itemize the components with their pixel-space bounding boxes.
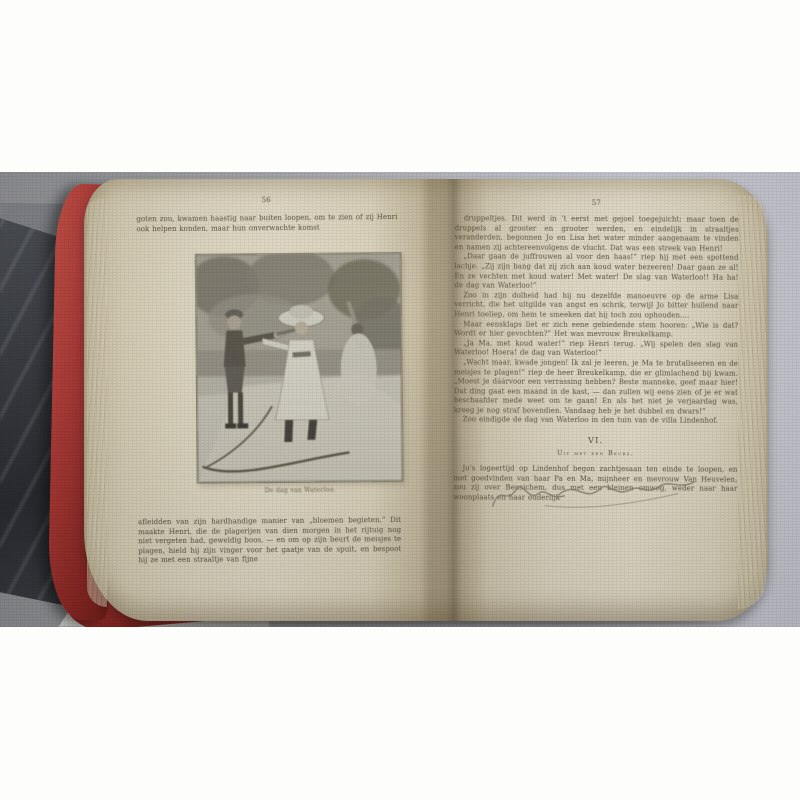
paragraph: Maar eensklaps liet er zich eene gebiede… (454, 320, 738, 341)
paragraph: Zoo eindigde de dag van Waterloo in den … (454, 416, 738, 427)
pencil-signature (486, 470, 702, 516)
chapter-number: VI. (454, 436, 738, 447)
paragraph: druppeltjes. Dit werd in ’t eerst met ge… (455, 214, 739, 254)
chapter-title: Uit met een Beurs. (454, 448, 738, 459)
paragraph: „Ja Ma, met koud water!” riep Henri teru… (454, 339, 738, 360)
page-edges-left (87, 199, 107, 607)
left-page-top-paragraph: goten zou, kwamen haastig naar buiten lo… (136, 213, 397, 234)
book-illustration (196, 253, 403, 483)
right-page-number: 57 (455, 198, 738, 207)
book-photograph: 56 goten zou, kwamen haastig naar buiten… (0, 172, 800, 627)
paragraph: „Daar gaan de juffrouwen al voor den haa… (454, 253, 738, 293)
page-edges-right (738, 195, 766, 609)
left-page: 56 goten zou, kwamen haastig naar buiten… (0, 172, 800, 175)
right-page: 57 druppeltjes. Dit werd in ’t eerst met… (0, 172, 800, 174)
left-page-bottom-paragraph: afleidden van zijn hardhandige manier va… (138, 516, 401, 566)
garden-scene-engraving (196, 253, 403, 483)
paragraph: „Wacht maar, kwade jongen! Ik zal je lee… (454, 358, 738, 417)
paragraph: Zoo in zijn dolheid had hij nu dezelfde … (454, 291, 738, 321)
